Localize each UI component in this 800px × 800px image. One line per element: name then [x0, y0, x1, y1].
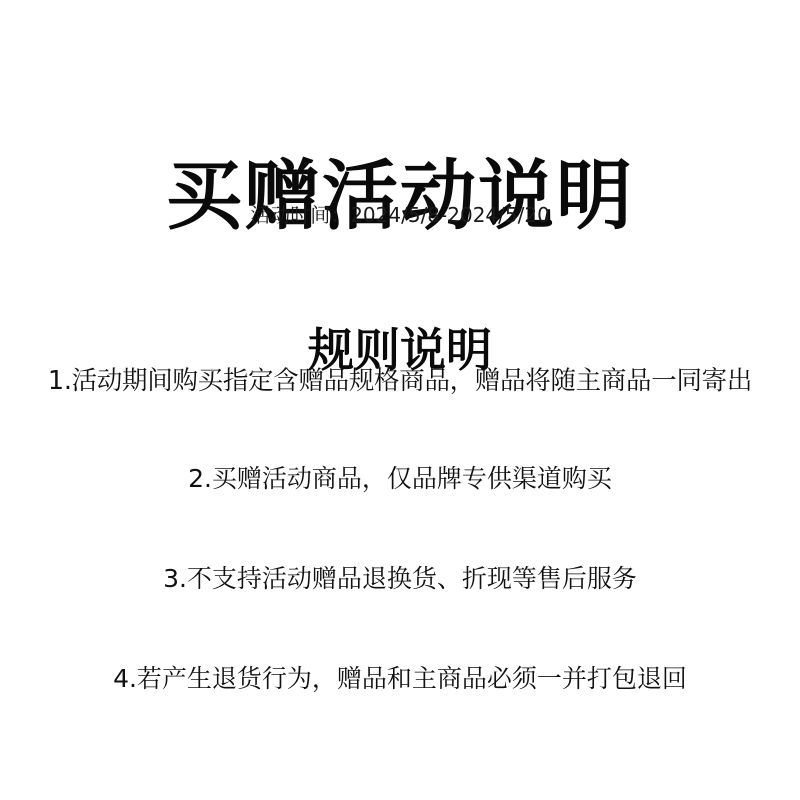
rule-item: 3.不支持活动赠品退换货、折现等售后服务	[0, 561, 800, 597]
rule-item: 1.活动期间购买指定含赠品规格商品，赠品将随主商品一同寄出	[0, 363, 800, 399]
rule-item: 4.若产生退货行为，赠品和主商品必须一并打包退回	[0, 661, 800, 697]
activity-period: 活动时间：2024/5/8-2024/5/20	[0, 200, 800, 230]
rule-item: 2.买赠活动商品，仅品牌专供渠道购买	[0, 461, 800, 497]
